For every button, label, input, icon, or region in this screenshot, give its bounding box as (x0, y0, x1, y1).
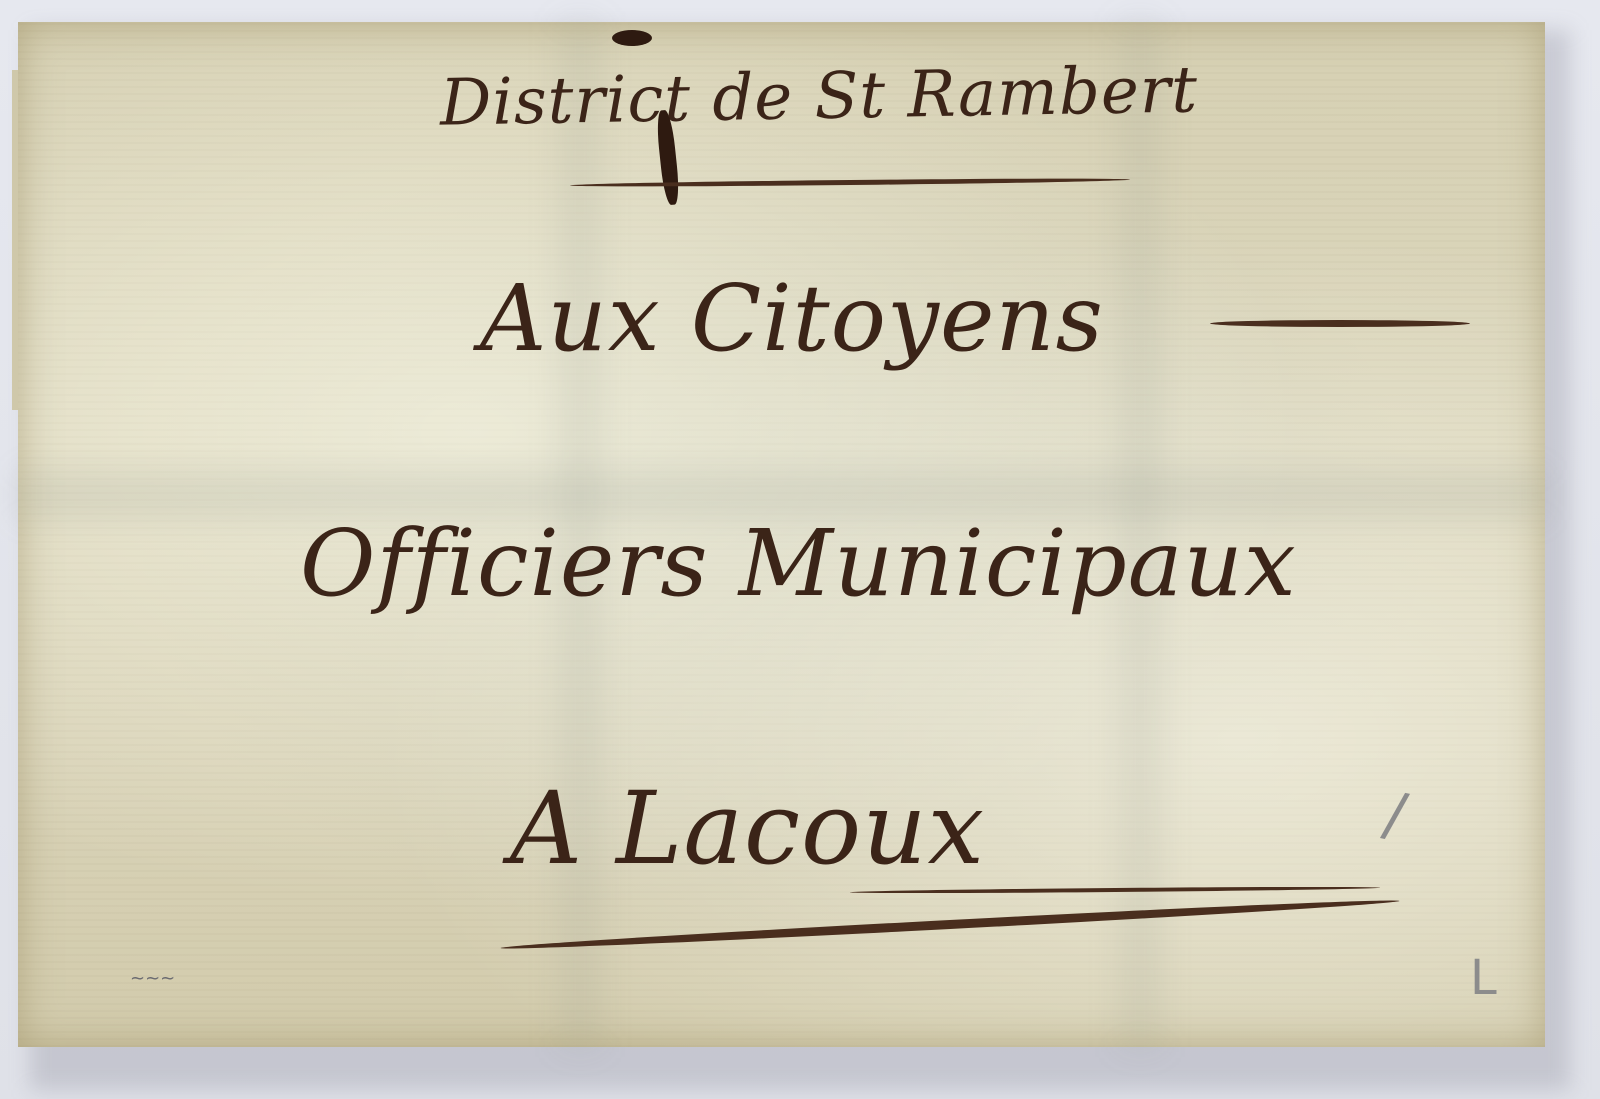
ink-smudge: ~~~ (130, 968, 175, 989)
district-header: District de St Rambert (439, 53, 1198, 140)
recipient-line: Officiers Municipaux (300, 510, 1297, 617)
pencil-mark: L (1470, 950, 1497, 1006)
destination-line: A Lacoux (510, 770, 985, 887)
ink-blot (612, 30, 652, 46)
salutation-line: Aux Citoyens (480, 265, 1104, 372)
salutation-flourish (1210, 320, 1470, 327)
